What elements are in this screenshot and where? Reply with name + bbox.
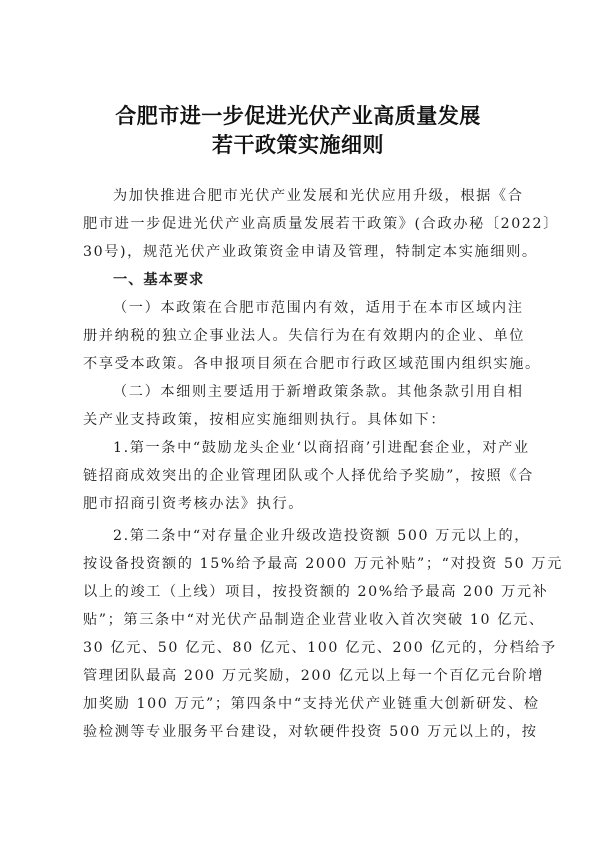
paragraph-line: （一）本政策在合肥市范围内有效，适用于在本市区域内注 (113, 298, 531, 318)
paragraph-line: 关产业支持政策，按相应实施细则执行。具体如下： (83, 410, 531, 430)
paragraph-line: 不享受本政策。各申报项目须在合肥市行政区域范围内组织实施。 (83, 354, 531, 374)
paragraph-line: 链招商成效突出的企业管理团队或个人择优给予奖励”，按照《合 (83, 466, 531, 486)
paragraph-line: 2.第二条中“对存量企业升级改造投资额 500 万元以上的， (113, 526, 531, 546)
paragraph-line: 管理团队最高 200 万元奖励，200 亿元以上每一个百亿元台阶增 (83, 666, 531, 686)
paragraph-line: 验检测等专业服务平台建设，对软硬件投资 500 万元以上的，按 (83, 722, 531, 742)
intro-paragraph-line: 为加快推进合肥市光伏产业发展和光伏应用升级，根据《合 (113, 186, 531, 206)
paragraph-line: 贴”；第三条中“对光伏产品制造企业营业收入首次突破 10 亿元、 (83, 610, 531, 630)
paragraph-line: 按设备投资额的 15%给予最高 2000 万元补贴”；“对投资 50 万元 (83, 554, 531, 574)
paragraph-line: （二）本细则主要适用于新增政策条款。其他条款引用自相 (113, 382, 531, 402)
document-title-line1: 合肥市进一步促进光伏产业高质量发展 (0, 100, 596, 130)
paragraph-line: 肥市招商引资考核办法》执行。 (83, 494, 531, 514)
paragraph-line: 册并纳税的独立企事业法人。失信行为在有效期内的企业、单位 (83, 326, 531, 346)
paragraph-line: 以上的竣工（上线）项目，按投资额的 20%给予最高 200 万元补 (83, 582, 531, 602)
section-heading: 一、基本要求 (113, 270, 531, 290)
intro-paragraph-line: 30号)，规范光伏产业政策资金申请及管理，特制定本实施细则。 (83, 242, 531, 262)
document-page: 合肥市进一步促进光伏产业高质量发展 若干政策实施细则 为加快推进合肥市光伏产业发… (0, 0, 596, 842)
document-title-line2: 若干政策实施细则 (0, 129, 596, 159)
intro-paragraph-line: 肥市进一步促进光伏产业高质量发展若干政策》(合政办秘〔2022〕 (83, 214, 531, 234)
paragraph-line: 加奖励 100 万元”；第四条中“支持光伏产业链重大创新研发、检 (83, 694, 531, 714)
paragraph-line: 30 亿元、50 亿元、80 亿元、100 亿元、200 亿元的，分档给予 (83, 638, 531, 658)
paragraph-line: 1.第一条中“鼓励龙头企业‘以商招商’引进配套企业，对产业 (113, 438, 531, 458)
